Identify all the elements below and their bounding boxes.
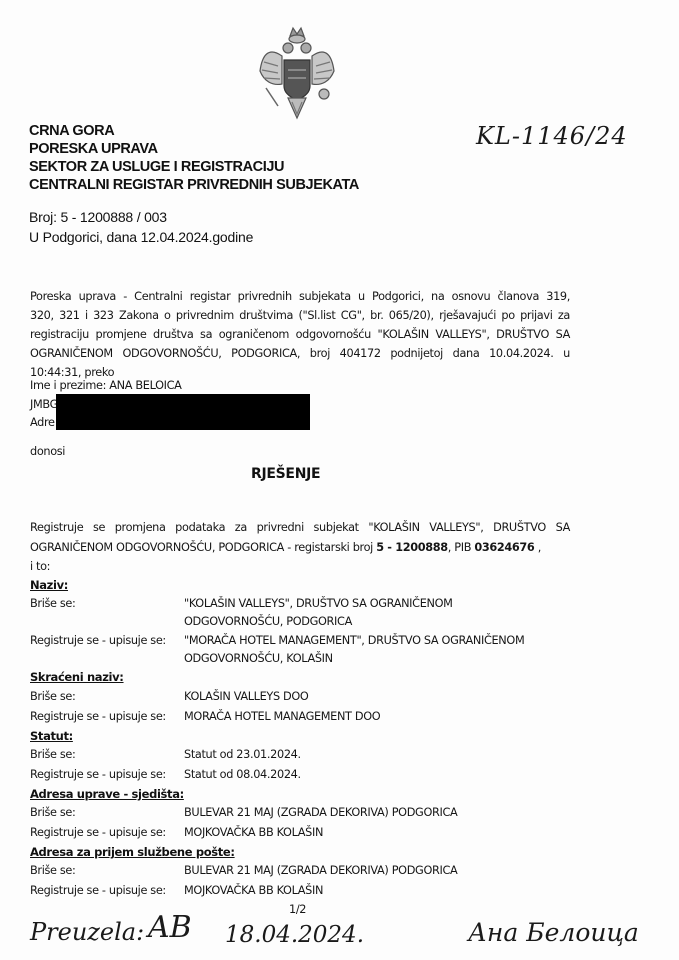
header-agency: PORESKA UPRAVA xyxy=(29,141,158,158)
row-value: BULEVAR 21 MAJ (ZGRADA DEKORIVA) PODGORI… xyxy=(184,864,457,877)
intro-paragraph: Poreska uprava - Centralni registar priv… xyxy=(30,287,570,382)
row-value: KOLAŠIN VALLEYS DOO xyxy=(184,690,308,703)
section-heading-adresa-uprave: Adresa uprave - sjedišta: xyxy=(30,787,184,801)
header-country: CRNA GORA xyxy=(29,123,114,140)
row-label-brise: Briše se: xyxy=(30,748,75,761)
section-heading-adresa-poste: Adresa za prijem službene pošte: xyxy=(30,845,235,859)
row-label-brise: Briše se: xyxy=(30,597,75,610)
decision-line-2-suffix: , xyxy=(534,541,540,554)
row-value: ODGOVORNOŠĆU, PODGORICA xyxy=(184,615,352,628)
applicant-address-label: Adre xyxy=(30,416,55,429)
decision-line-3: i to: xyxy=(30,560,50,573)
intro-line: registraciju promjene društva sa ogranič… xyxy=(30,325,570,344)
row-value: MOJKOVAČKA BB KOLAŠIN xyxy=(184,826,323,839)
row-value: Statut od 08.04.2024. xyxy=(184,768,301,781)
section-heading-statut: Statut: xyxy=(30,729,73,743)
row-label-registruje: Registruje se - upisuje se: xyxy=(30,710,166,723)
row-label-registruje: Registruje se - upisuje se: xyxy=(30,634,166,647)
intro-line: OGRANIČENOM ODGOVORNOŠĆU, PODGORICA, bro… xyxy=(30,344,570,363)
document-number: Broj: 5 - 1200888 / 003 xyxy=(29,209,167,225)
row-value: MOJKOVAČKA BB KOLAŠIN xyxy=(184,884,323,897)
applicant-jmbg-label: JMBG xyxy=(30,398,58,411)
pib-number: 03624676 xyxy=(474,541,534,554)
header-registry: CENTRALNI REGISTAR PRIVREDNIH SUBJEKATA xyxy=(29,177,359,194)
decision-line-2-prefix: OGRANIČENOM ODGOVORNOŠĆU, PODGORICA - re… xyxy=(30,541,376,554)
row-label-registruje: Registruje se - upisuje se: xyxy=(30,768,166,781)
row-value: MORAČA HOTEL MANAGEMENT DOO xyxy=(184,710,380,723)
decision-paragraph: Registruje se promjena podataka za privr… xyxy=(30,518,570,537)
decision-line-2: OGRANIČENOM ODGOVORNOŠĆU, PODGORICA - re… xyxy=(30,541,541,554)
row-label-brise: Briše se: xyxy=(30,806,75,819)
intro-line: 320, 321 i 323 Zakona o privrednim društ… xyxy=(30,306,570,325)
handwritten-signature: Ана Белоица xyxy=(468,918,639,947)
pib-label: , PIB xyxy=(448,541,475,554)
handwritten-received-label: Preuzela: xyxy=(30,918,144,946)
page-number: 1/2 xyxy=(289,903,306,916)
header-sector: SEKTOR ZA USLUGE I REGISTRACIJU xyxy=(29,159,284,176)
row-label-registruje: Registruje se - upisuje se: xyxy=(30,884,166,897)
row-label-brise: Briše se: xyxy=(30,690,75,703)
registration-number: 5 - 1200888 xyxy=(376,541,448,554)
row-value: "MORAČA HOTEL MANAGEMENT", DRUŠTVO SA OG… xyxy=(184,634,524,647)
row-value: BULEVAR 21 MAJ (ZGRADA DEKORIVA) PODGORI… xyxy=(184,806,457,819)
row-value: Statut od 23.01.2024. xyxy=(184,748,301,761)
applicant-name: Ime i prezime: ANA BELOICA xyxy=(30,379,182,392)
handwritten-reference: KL-1146/24 xyxy=(476,122,628,150)
section-heading-skraceni-naziv: Skraćeni naziv: xyxy=(30,670,124,684)
row-value: "KOLAŠIN VALLEYS", DRUŠTVO SA OGRANIČENO… xyxy=(184,597,453,610)
redaction-box xyxy=(56,394,310,430)
coat-of-arms-icon xyxy=(250,26,344,124)
handwritten-date: 18.04.2024. xyxy=(225,922,364,948)
decision-title: RJEŠENJE xyxy=(251,466,320,482)
row-value: ODGOVORNOŠĆU, KOLAŠIN xyxy=(184,652,333,665)
decision-line-1: Registruje se promjena podataka za privr… xyxy=(30,518,570,537)
document-page: CRNA GORA PORESKA UPRAVA SEKTOR ZA USLUG… xyxy=(0,0,679,960)
donosi-text: donosi xyxy=(30,445,65,458)
row-label-registruje: Registruje se - upisuje se: xyxy=(30,826,166,839)
handwritten-initials: AB xyxy=(148,910,192,945)
section-heading-naziv: Naziv: xyxy=(30,578,68,592)
intro-line: Poreska uprava - Centralni registar priv… xyxy=(30,287,570,306)
place-and-date: U Podgorici, dana 12.04.2024.godine xyxy=(29,229,253,245)
row-label-brise: Briše se: xyxy=(30,864,75,877)
